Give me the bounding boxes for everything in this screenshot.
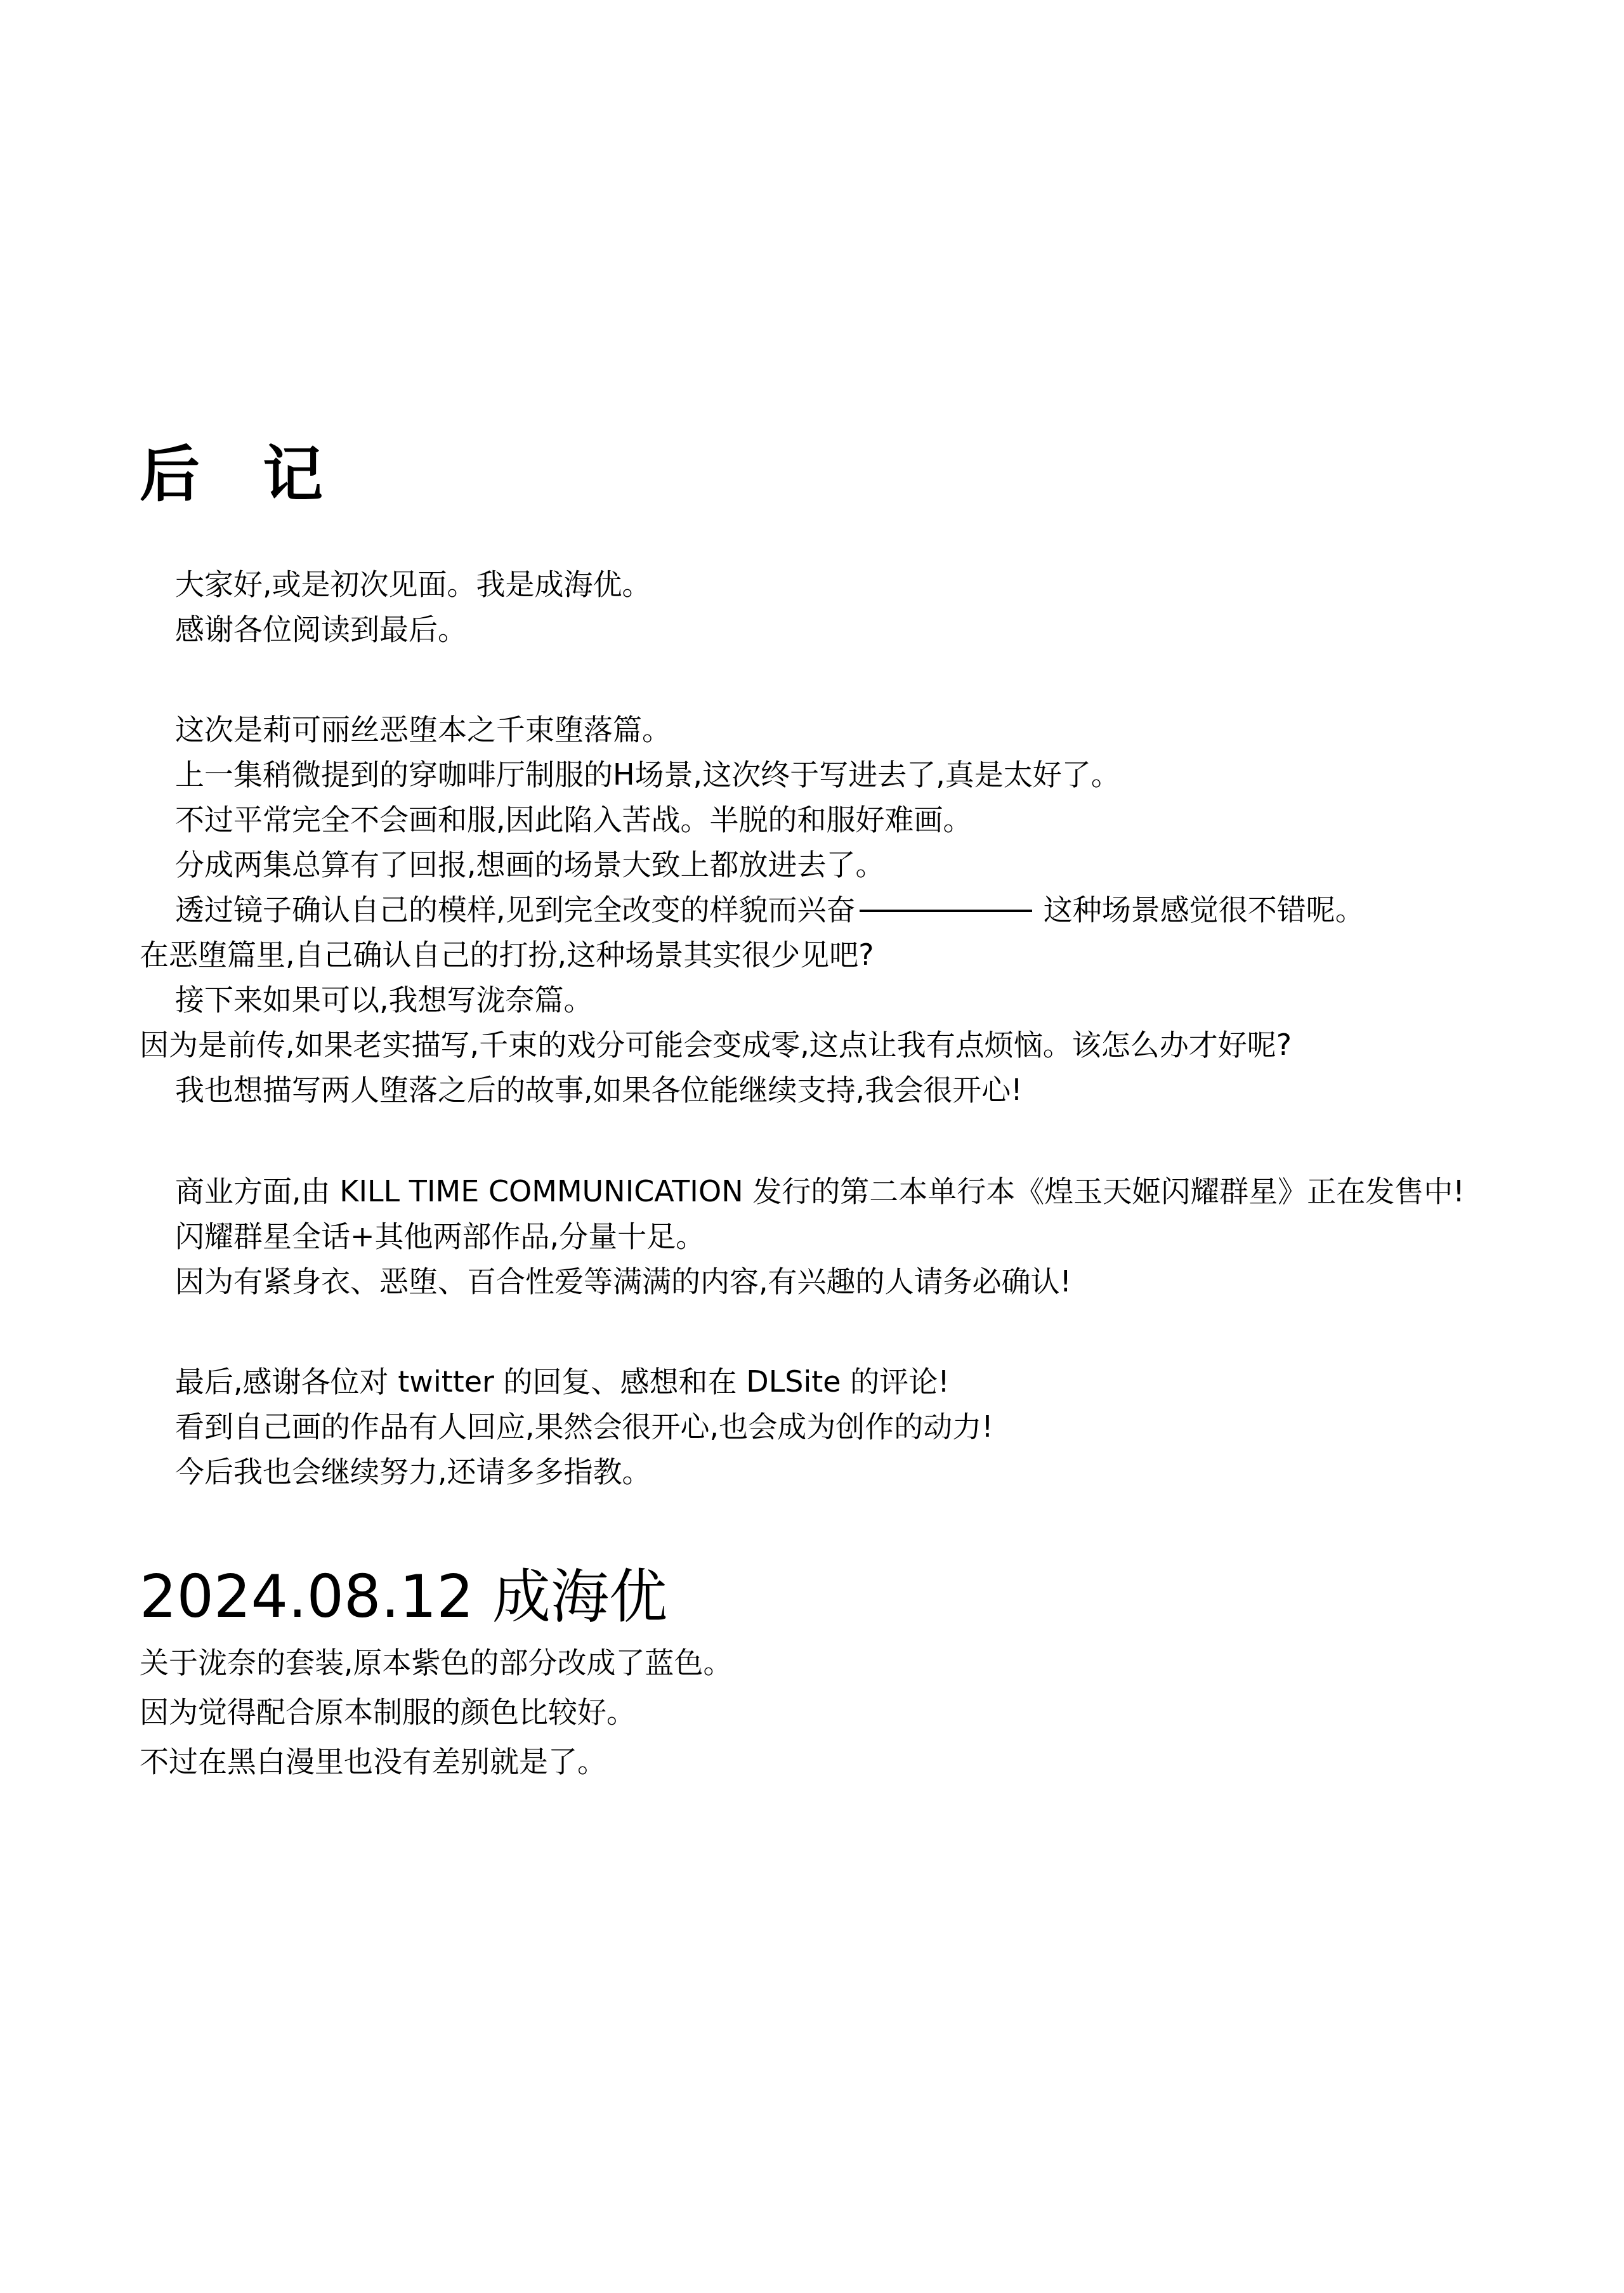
postscript-line: 因为觉得配合原本制服的颜色比较好。: [140, 1687, 1573, 1737]
text-line: 看到自己画的作品有人回应,果然会很开心,也会成为创作的动力!: [140, 1404, 1573, 1449]
paragraph: 商业方面,由 KILL TIME COMMUNICATION 发行的第二本单行本…: [140, 1169, 1573, 1304]
page-title: 后 记: [140, 445, 324, 506]
text-line: 接下来如果可以,我想写泷奈篇。: [140, 977, 1573, 1022]
text-line: 因为是前传,如果老实描写,千束的戏分可能会变成零,这点让我有点烦恼。该怎么办才好…: [140, 1022, 1573, 1068]
text-line: 大家好,或是初次见面。我是成海优。: [140, 562, 1573, 607]
text-line: 闪耀群星全话+其他两部作品,分量十足。: [140, 1214, 1573, 1259]
text-line: 因为有紧身衣、恶堕、百合性爱等满满的内容,有兴趣的人请务必确认!: [140, 1259, 1573, 1304]
postscript-line: 关于泷奈的套装,原本紫色的部分改成了蓝色。: [140, 1638, 1573, 1687]
long-dash: [860, 910, 1032, 912]
afterword-body: 大家好,或是初次见面。我是成海优。感谢各位阅读到最后。这次是莉可丽丝恶堕本之千束…: [140, 562, 1573, 1786]
text-line: 透过镜子确认自己的模样,见到完全改变的样貌而兴奋这种场景感觉很不错呢。: [140, 887, 1573, 932]
text-line: 感谢各位阅读到最后。: [140, 607, 1573, 652]
text-line: 上一集稍微提到的穿咖啡厅制服的H场景,这次终于写进去了,真是太好了。: [140, 752, 1573, 797]
postscript-line: 不过在黑白漫里也没有差别就是了。: [140, 1737, 1573, 1786]
postscript: 关于泷奈的套装,原本紫色的部分改成了蓝色。因为觉得配合原本制服的颜色比较好。不过…: [140, 1638, 1573, 1786]
text-line: 商业方面,由 KILL TIME COMMUNICATION 发行的第二本单行本…: [140, 1169, 1573, 1214]
text-line: 今后我也会继续努力,还请多多指教。: [140, 1449, 1573, 1494]
afterword-page: 后 记 大家好,或是初次见面。我是成海优。感谢各位阅读到最后。这次是莉可丽丝恶堕…: [0, 0, 1624, 2293]
text-line: 最后,感谢各位对 twitter 的回复、感想和在 DLSite 的评论!: [140, 1359, 1573, 1404]
paragraph: 这次是莉可丽丝恶堕本之千束堕落篇。上一集稍微提到的穿咖啡厅制服的H场景,这次终于…: [140, 707, 1573, 1113]
text-line: 分成两集总算有了回报,想画的场景大致上都放进去了。: [140, 842, 1573, 887]
text-line: 在恶堕篇里,自己确认自己的打扮,这种场景其实很少见吧?: [140, 932, 1573, 977]
text-line: 我也想描写两人堕落之后的故事,如果各位能继续支持,我会很开心!: [140, 1068, 1573, 1113]
signature-date: 2024.08.12 成海优: [140, 1564, 1573, 1630]
text-line: 不过平常完全不会画和服,因此陷入苦战。半脱的和服好难画。: [140, 797, 1573, 842]
paragraph: 最后,感谢各位对 twitter 的回复、感想和在 DLSite 的评论!看到自…: [140, 1359, 1573, 1494]
paragraph: 大家好,或是初次见面。我是成海优。感谢各位阅读到最后。: [140, 562, 1573, 652]
text-line: 这次是莉可丽丝恶堕本之千束堕落篇。: [140, 707, 1573, 752]
